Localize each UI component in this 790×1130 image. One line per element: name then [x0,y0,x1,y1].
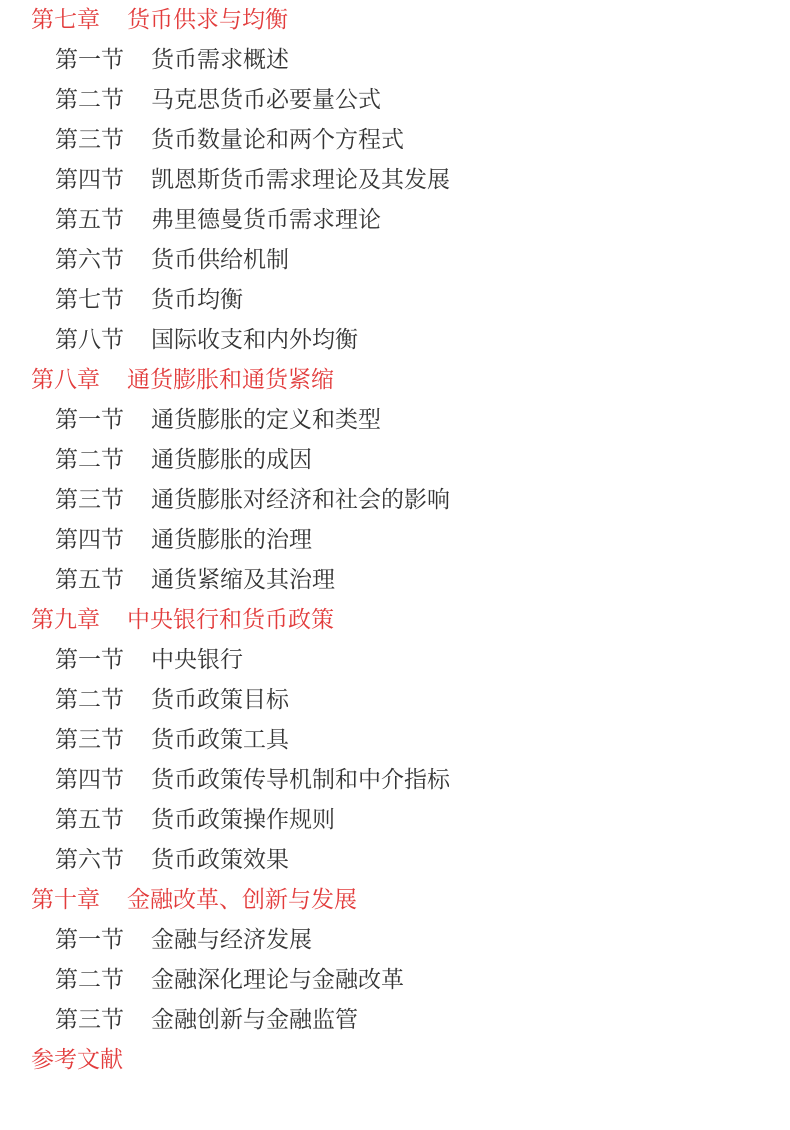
toc-section-7-7[interactable]: 第七节货币均衡 [55,280,243,320]
toc-section-7-1[interactable]: 第一节货币需求概述 [55,40,289,80]
section-number: 第四节 [55,160,151,200]
toc-section-8-3[interactable]: 第三节通货膨胀对经济和社会的影响 [55,480,450,520]
section-number: 第一节 [55,40,151,80]
toc-section-7-5[interactable]: 第五节弗里德曼货币需求理论 [55,200,381,240]
section-number: 第五节 [55,560,151,600]
section-title: 弗里德曼货币需求理论 [151,200,381,240]
toc-section-7-6[interactable]: 第六节货币供给机制 [55,240,289,280]
section-title: 通货膨胀的定义和类型 [151,400,381,440]
section-title: 货币均衡 [151,280,243,320]
chapter-number: 第七章 [31,0,127,40]
section-title: 国际收支和内外均衡 [151,320,358,360]
toc-section-10-2[interactable]: 第二节金融深化理论与金融改革 [55,960,404,1000]
section-number: 第七节 [55,280,151,320]
toc-section-9-6[interactable]: 第六节货币政策效果 [55,840,289,880]
section-number: 第三节 [55,720,151,760]
toc-section-9-1[interactable]: 第一节中央银行 [55,640,243,680]
toc-section-9-3[interactable]: 第三节货币政策工具 [55,720,289,760]
section-number: 第五节 [55,800,151,840]
toc-chapter-8[interactable]: 第八章通货膨胀和通货紧缩 [31,360,334,400]
chapter-title: 货币供求与均衡 [127,0,288,40]
section-number: 第四节 [55,760,151,800]
section-title: 货币政策效果 [151,840,289,880]
section-number: 第三节 [55,480,151,520]
toc-section-10-3[interactable]: 第三节金融创新与金融监管 [55,1000,358,1040]
section-title: 货币政策工具 [151,720,289,760]
toc-section-9-2[interactable]: 第二节货币政策目标 [55,680,289,720]
section-title: 货币需求概述 [151,40,289,80]
chapter-number: 第八章 [31,360,127,400]
toc-section-8-4[interactable]: 第四节通货膨胀的治理 [55,520,312,560]
section-number: 第六节 [55,840,151,880]
chapter-title: 通货膨胀和通货紧缩 [127,360,334,400]
section-number: 第三节 [55,120,151,160]
section-title: 金融深化理论与金融改革 [151,960,404,1000]
section-number: 第四节 [55,520,151,560]
toc-section-7-4[interactable]: 第四节凯恩斯货币需求理论及其发展 [55,160,450,200]
section-number: 第一节 [55,400,151,440]
section-title: 马克思货币必要量公式 [151,80,381,120]
section-number: 第三节 [55,1000,151,1040]
toc-section-7-8[interactable]: 第八节国际收支和内外均衡 [55,320,358,360]
toc-references[interactable]: 参考文献 [31,1040,127,1080]
toc-section-7-2[interactable]: 第二节马克思货币必要量公式 [55,80,381,120]
section-title: 金融与经济发展 [151,920,312,960]
toc-chapter-9[interactable]: 第九章中央银行和货币政策 [31,600,334,640]
section-title: 通货紧缩及其治理 [151,560,335,600]
section-title: 通货膨胀的成因 [151,440,312,480]
section-title: 货币政策目标 [151,680,289,720]
section-title: 货币数量论和两个方程式 [151,120,404,160]
section-number: 第五节 [55,200,151,240]
chapter-title: 金融改革、创新与发展 [127,880,357,920]
toc-chapter-10[interactable]: 第十章金融改革、创新与发展 [31,880,357,920]
section-title: 中央银行 [151,640,243,680]
section-number: 第六节 [55,240,151,280]
section-title: 凯恩斯货币需求理论及其发展 [151,160,450,200]
toc-section-8-5[interactable]: 第五节通货紧缩及其治理 [55,560,335,600]
section-title: 货币政策操作规则 [151,800,335,840]
chapter-title: 中央银行和货币政策 [127,600,334,640]
section-title: 货币供给机制 [151,240,289,280]
toc-section-8-1[interactable]: 第一节通货膨胀的定义和类型 [55,400,381,440]
section-title: 金融创新与金融监管 [151,1000,358,1040]
section-number: 第二节 [55,680,151,720]
section-number: 第二节 [55,80,151,120]
section-title: 通货膨胀的治理 [151,520,312,560]
section-number: 第一节 [55,640,151,680]
toc-chapter-7[interactable]: 第七章货币供求与均衡 [31,0,288,40]
section-title: 通货膨胀对经济和社会的影响 [151,480,450,520]
toc-section-9-5[interactable]: 第五节货币政策操作规则 [55,800,335,840]
references-label: 参考文献 [31,1040,127,1080]
section-number: 第二节 [55,440,151,480]
toc-section-8-2[interactable]: 第二节通货膨胀的成因 [55,440,312,480]
toc-section-10-1[interactable]: 第一节金融与经济发展 [55,920,312,960]
section-title: 货币政策传导机制和中介指标 [151,760,450,800]
section-number: 第一节 [55,920,151,960]
section-number: 第八节 [55,320,151,360]
chapter-number: 第九章 [31,600,127,640]
toc-section-9-4[interactable]: 第四节货币政策传导机制和中介指标 [55,760,450,800]
section-number: 第二节 [55,960,151,1000]
chapter-number: 第十章 [31,880,127,920]
toc-section-7-3[interactable]: 第三节货币数量论和两个方程式 [55,120,404,160]
